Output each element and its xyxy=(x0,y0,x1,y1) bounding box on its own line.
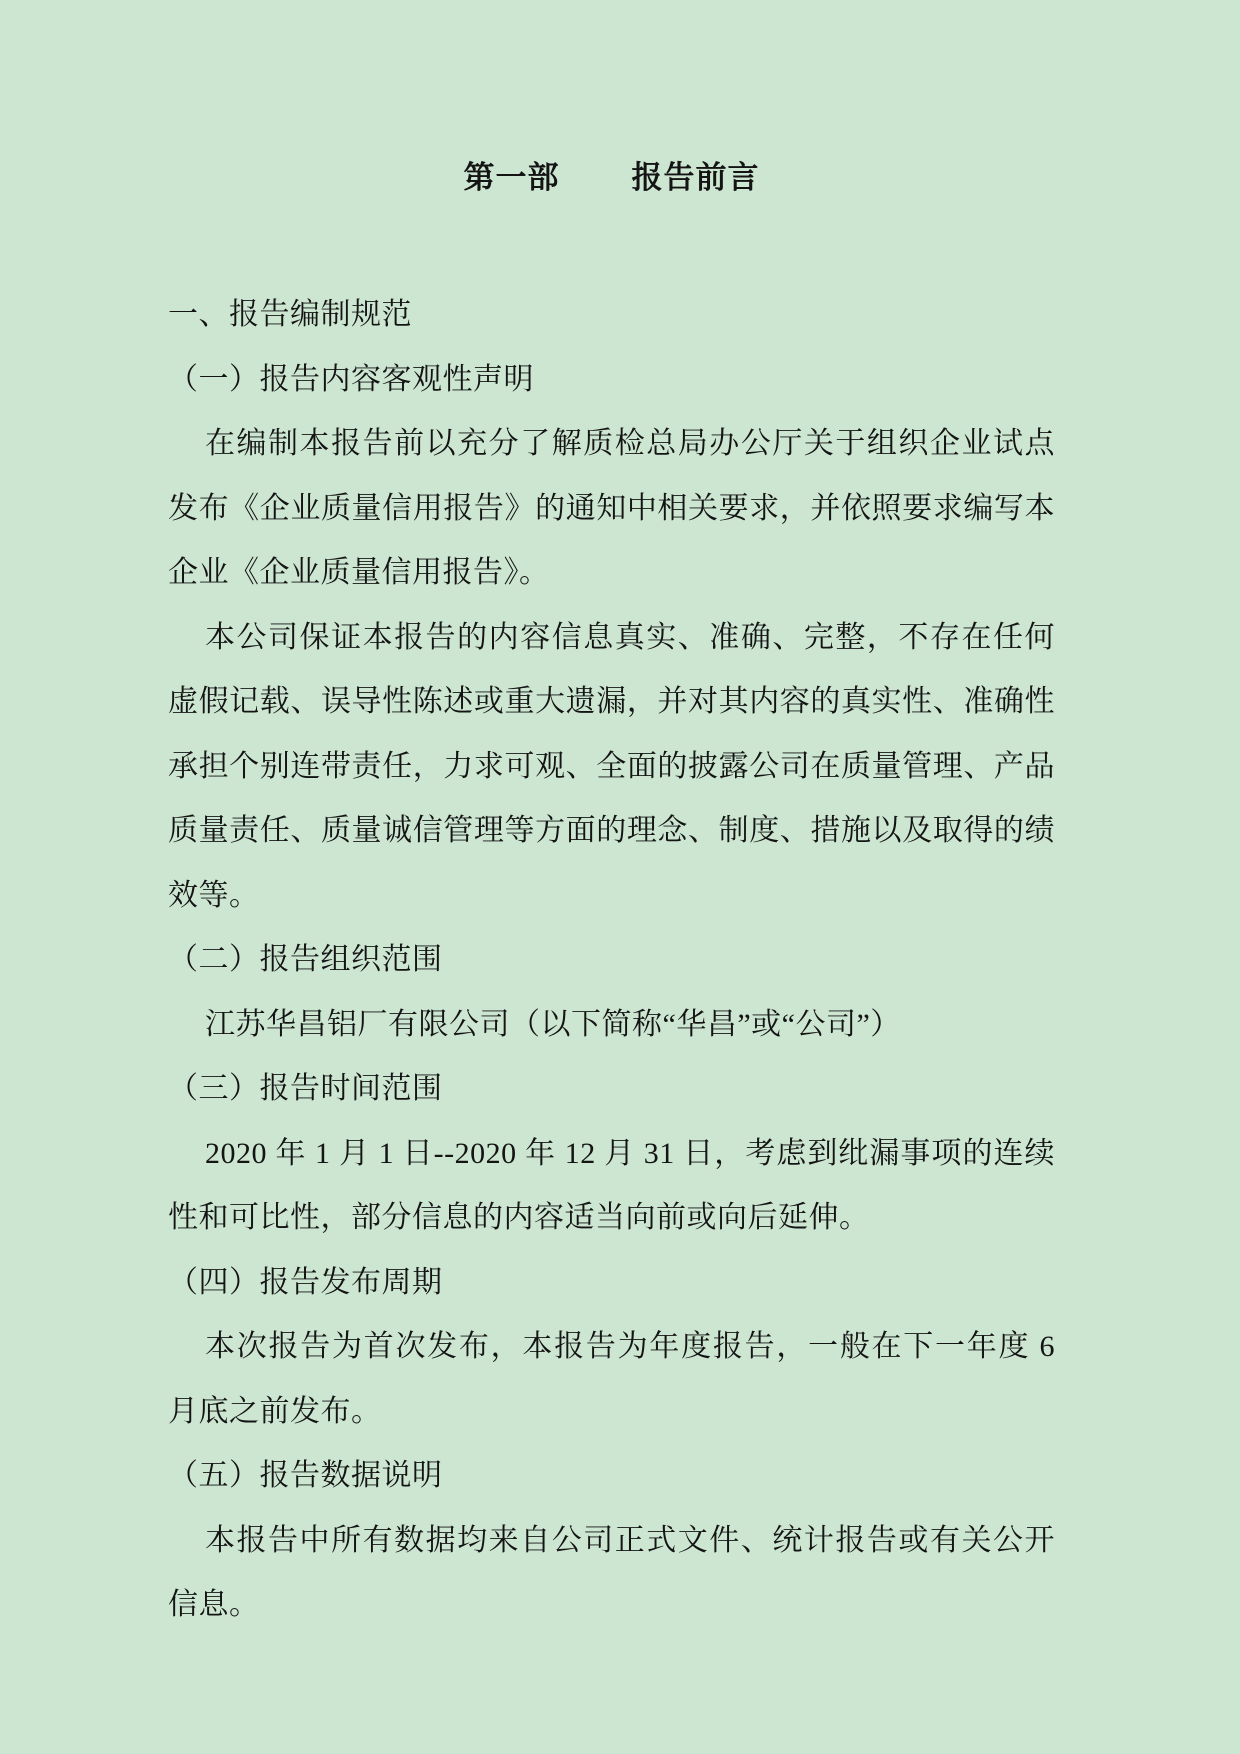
paragraph-time-range: 2020 年 1 月 1 日--2020 年 12 月 31 日，考虑到纰漏事项… xyxy=(168,1122,1055,1251)
subheading-content-objectivity-statement: （一）报告内容客观性声明 xyxy=(168,348,1055,413)
paragraph-data-notes: 本报告中所有数据均来自公司正式文件、统计报告或有关公开信息。 xyxy=(168,1509,1055,1638)
document-page: 第一部 报告前言 一、报告编制规范 （一）报告内容客观性声明 在编制本报告前以充… xyxy=(0,0,1240,1754)
document-body: 一、报告编制规范 （一）报告内容客观性声明 在编制本报告前以充分了解质检总局办公… xyxy=(168,283,1055,1638)
paragraph-objectivity-2: 本公司保证本报告的内容信息真实、准确、完整，不存在任何虚假记载、误导性陈述或重大… xyxy=(168,606,1055,929)
subheading-report-organization-scope: （二）报告组织范围 xyxy=(168,928,1055,993)
subheading-report-time-range: （三）报告时间范围 xyxy=(168,1057,1055,1122)
paragraph-organization-scope: 江苏华昌铝厂有限公司（以下简称“华昌”或“公司”） xyxy=(168,993,1055,1058)
document-title-part-2: 报告前言 xyxy=(632,158,760,198)
subheading-report-data-notes: （五）报告数据说明 xyxy=(168,1444,1055,1509)
paragraph-objectivity-1: 在编制本报告前以充分了解质检总局办公厅关于组织企业试点发布《企业质量信用报告》的… xyxy=(168,412,1055,606)
document-title-part-1: 第一部 xyxy=(464,158,560,198)
heading-report-compilation-standards: 一、报告编制规范 xyxy=(168,283,1055,348)
document-title: 第一部 报告前言 xyxy=(168,158,1055,198)
paragraph-release-cycle: 本次报告为首次发布，本报告为年度报告，一般在下一年度 6 月底之前发布。 xyxy=(168,1315,1055,1444)
subheading-report-release-cycle: （四）报告发布周期 xyxy=(168,1251,1055,1316)
